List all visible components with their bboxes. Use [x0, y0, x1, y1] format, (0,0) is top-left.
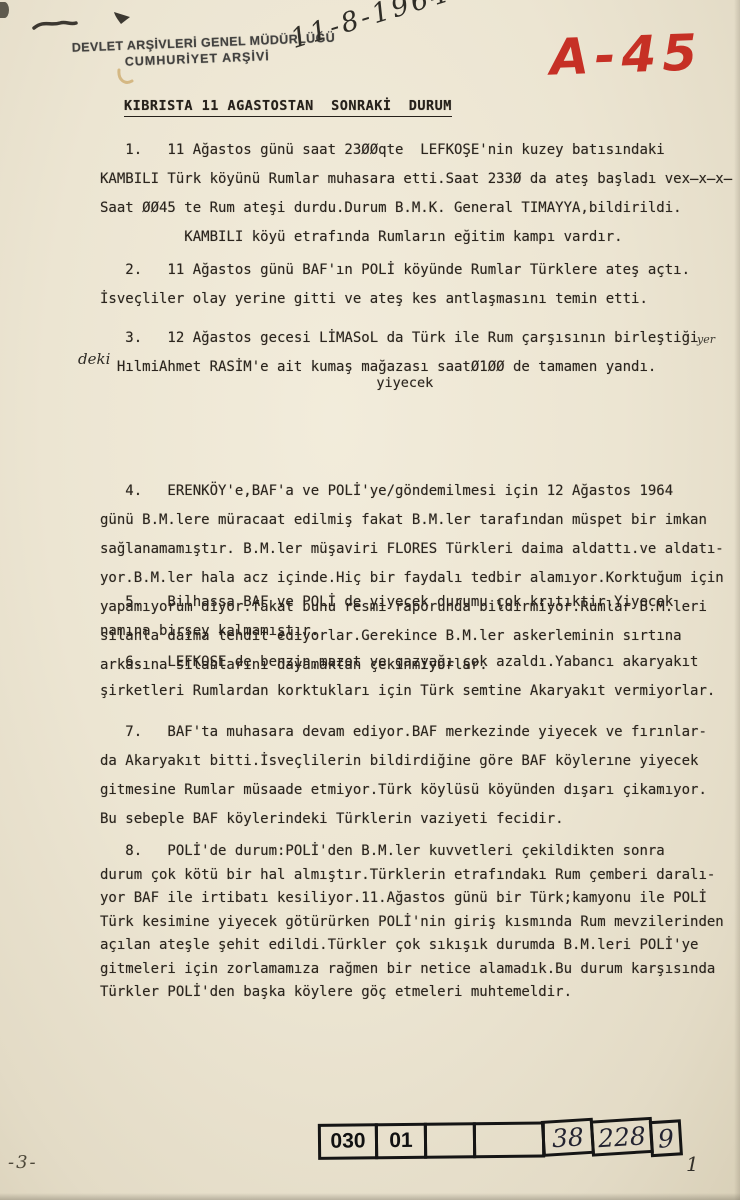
typed-text-line: 6. LEFKOŞE de benzin,mazot ve gazyağı ço… — [100, 648, 740, 677]
typed-text-line: KAMBILI köyü etrafında Rumların eğitim k… — [100, 223, 740, 252]
stamp-box-cell-box-no: 38 — [541, 1118, 595, 1157]
typed-text-line: Saat ØØ45 te Rum ateşi durdu.Durum B.M.K… — [100, 194, 740, 223]
typed-text-line: Türkler POLİ'den başka köylere göç etmel… — [100, 981, 740, 1005]
stamp-box-cell-empty-2 — [473, 1122, 545, 1159]
typed-text-line: durum çok kötü bir hal almıştır.Türkleri… — [100, 864, 740, 888]
typed-text-line: yor BAF ile irtibatı kesiliyor.11.Ağasto… — [100, 887, 740, 911]
typed-text-line: şirketleri Rumlardan korktukları için Tü… — [100, 677, 740, 706]
archive-number-stamp-box: 030 01 38 228 9 — [318, 1120, 682, 1162]
red-code-annotation: A-45 — [549, 23, 704, 86]
document-title: KIBRISTA 11 AGASTOSTAN SONRAKİ DURUM — [124, 98, 452, 117]
paragraph-7: 7. BAF'ta muhasara devam ediyor.BAF merk… — [100, 718, 740, 834]
typed-text-line: 7. BAF'ta muhasara devam ediyor.BAF merk… — [100, 718, 740, 747]
typed-text-line: 5. Bilhassa BAF ve POLİ de yiyecek durum… — [100, 588, 740, 617]
pen-mark-icon — [116, 66, 142, 88]
typed-text-line: gitmesine Rumlar müsaade etmiyor.Türk kö… — [100, 776, 740, 805]
margin-note-deki: deki — [78, 350, 110, 368]
typed-text-line: sağlanamamıştır. B.M.ler müşaviri FLORES… — [100, 535, 740, 564]
paragraph-6: 6. LEFKOŞE de benzin,mazot ve gazyağı ço… — [100, 648, 740, 706]
scan-edge-right — [734, 0, 740, 1200]
typed-text-line: KAMBILI Türk köyünü Rumlar muhasara etti… — [100, 165, 740, 194]
paragraph-5: 5. Bilhassa BAF ve POLİ de yiyecek durum… — [100, 588, 740, 646]
paragraph-8: 8. POLİ'de durum:POLİ'den B.M.ler kuvvet… — [100, 840, 740, 1005]
typed-text-line: Bu sebeple BAF köylerindeki Türklerin va… — [100, 805, 740, 834]
typed-text-line: günü B.M.lere müracaat edilmiş fakat B.M… — [100, 506, 740, 535]
typed-text-line: 1. 11 Ağastos günü saat 23ØØqte LEFKOŞE'… — [100, 136, 740, 165]
page-number-bottom-left: -3- — [8, 1152, 38, 1173]
typed-text-line: İsveçliler olay yerine gitti ve ateş kes… — [100, 285, 740, 314]
stamp-box-cell-fond: 030 — [318, 1123, 378, 1160]
typed-text-line: namına birşey kalmamıştır. — [100, 617, 740, 646]
typed-text-line: 2. 11 Ağastos günü BAF'ın POLİ köyünde R… — [100, 256, 740, 285]
paragraph-1: 1. 11 Ağastos günü saat 23ØØqte LEFKOŞE'… — [100, 136, 740, 252]
inserted-word-annotation: yiyecek — [376, 376, 433, 390]
handwritten-date: 11-8-1964 — [287, 0, 454, 55]
typed-text-line: Türk kesimine yiyecek götürürken POLİ'ni… — [100, 911, 740, 935]
stamp-box-cell-folder-no: 228 — [590, 1117, 654, 1157]
typed-text-line: açılan ateşle şehit edildi.Türkler çok s… — [100, 934, 740, 958]
stamp-box-cell-series: 01 — [375, 1123, 427, 1160]
typed-text-line: 4. ERENKÖY'e,BAF'a ve POLİ'ye/göndemilme… — [100, 477, 740, 506]
scan-ink-speck — [0, 2, 9, 18]
margin-note-yer: yer — [697, 333, 715, 346]
typed-text-line: 8. POLİ'de durum:POLİ'den B.M.ler kuvvet… — [100, 840, 740, 864]
typed-text-line: gitmeleri için zorlamamıza rağmen bir ne… — [100, 958, 740, 982]
stamp-box-cell-empty-1 — [424, 1122, 476, 1159]
stamp-box-cell-doc-no: 9 — [649, 1119, 683, 1157]
typed-text-line: 3. 12 Ağastos gecesi LİMASoL da Türk ile… — [100, 324, 740, 353]
pen-scribble-icon — [30, 2, 150, 38]
scan-edge-bottom — [0, 1193, 740, 1200]
page-number-bottom-right: 1 — [686, 1152, 699, 1176]
document-page: DEVLET ARŞİVLERİ GENEL MÜDÜRLÜĞÜ CUMHURİ… — [0, 0, 740, 1200]
typed-text-line: da Akaryakıt bitti.İsveçlilerin bildirdi… — [100, 747, 740, 776]
paragraph-3: 3. 12 Ağastos gecesi LİMASoL da Türk ile… — [100, 324, 740, 382]
paragraph-2: 2. 11 Ağastos günü BAF'ın POLİ köyünde R… — [100, 256, 740, 314]
